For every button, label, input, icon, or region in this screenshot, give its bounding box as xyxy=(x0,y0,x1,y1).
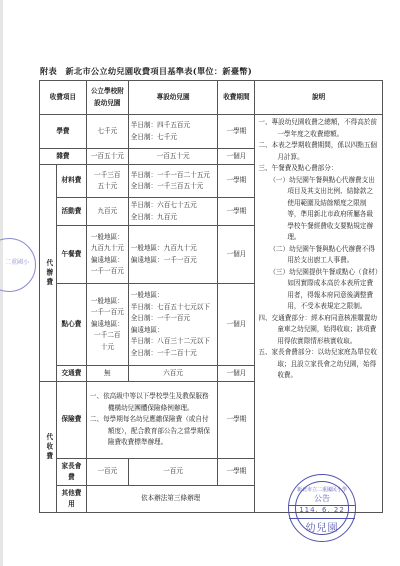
public-value: 一般地區： 一千一百元 偏遠地區： 一千二百 十元 xyxy=(86,284,128,366)
period-value: 一學期 xyxy=(218,198,255,226)
item-name: 其他費用 xyxy=(56,486,86,513)
dedicated-value: 半日制：一千一百二十五元 全日制：一千三百五十元 xyxy=(128,165,218,198)
other-text: 依本辦法第三條辦理 xyxy=(86,486,254,513)
stamp-announce: 公告 xyxy=(289,493,355,504)
dedicated-value: 一般地區：九百九十元 偏遠地區：一千一百元 xyxy=(128,226,218,284)
side-seal-stamp: 二重國小 xyxy=(0,238,36,292)
dedicated-value: 六百元 xyxy=(128,366,218,382)
stamp-date: 114. 6. 22 xyxy=(289,506,355,514)
period-value: 一個月 xyxy=(218,149,255,165)
group-collect-fee: 代收費 xyxy=(40,382,57,513)
item-name: 雜費 xyxy=(40,149,87,165)
item-name: 午餐費 xyxy=(56,226,86,284)
note-3-1: （一）幼兒園午餐與點心代辦費支出項目及其支出比例、結餘款之使用範圍及結餘額度之限… xyxy=(258,175,379,244)
period-value: 一個月 xyxy=(218,366,255,382)
table-row-tuition: 學費 七千元 半日制：四千五百元 全日制：七千元 一學期 一、專設幼兒園收費之總… xyxy=(40,115,383,149)
dedicated-value: 半日制：六百七十五元 全日制：九百元 xyxy=(128,198,218,226)
note-3-2: （二）幼兒園午餐與點心代辦費不得用於支出廚工人事費。 xyxy=(258,244,379,267)
group-agency-fee: 代辦費 xyxy=(40,165,57,382)
insurance-text: 一、依高級中等以下學校學生及教保服務機構幼兒團體保險條例辦理。 二、每學期每名幼… xyxy=(86,382,218,459)
period-value: 一個月 xyxy=(218,284,255,366)
public-value: 七千元 xyxy=(86,115,128,149)
note-4: 四、交通費部分：經本府同意核准購置幼童車之幼兒園，始得收取；該項費用得依實際情形… xyxy=(258,313,379,348)
period-value: 一個月 xyxy=(218,226,255,284)
item-name: 保險費 xyxy=(56,382,86,459)
header-period: 收費期間 xyxy=(218,81,255,115)
item-name: 學費 xyxy=(40,115,87,149)
dedicated-value: 一百五十元 xyxy=(128,149,218,165)
stamp-issuer: 新北市立二重國民小學 xyxy=(289,486,355,493)
note-3: 三、午餐費及點心費部分： xyxy=(258,163,379,175)
header-dedicated: 專設幼兒園 xyxy=(128,81,218,115)
public-value: 一千三百 五十元 xyxy=(86,165,128,198)
notes-cell: 一、專設幼兒園收費之總額，不得高於前一學年度之收費總額。 二、本表之學期收費期間… xyxy=(255,115,383,513)
note-2: 二、本表之學期收費期間，係以四點五個月計算。 xyxy=(258,140,379,163)
public-value: 一百五十元 xyxy=(86,149,128,165)
item-name: 點心費 xyxy=(56,284,86,366)
note-5: 五、家長會費部分：以幼兒家庭為單位收取；且設立家長會之幼兒園，始得收費。 xyxy=(258,347,379,382)
dedicated-value: 一百元 xyxy=(128,459,218,486)
period-value: 一學期 xyxy=(218,165,255,198)
item-name: 家長會費 xyxy=(56,459,86,486)
table-header-row: 收費項目 公立學校附設幼兒園 專設幼兒園 收費期間 說明 xyxy=(40,81,383,115)
item-name: 活動費 xyxy=(56,198,86,226)
dedicated-value: 一般地區： 半日制：七百五十七元以下 全日制：一千一百元 偏遠地區： 半日制：八… xyxy=(128,284,218,366)
period-value: 一學期 xyxy=(218,459,255,486)
item-name: 交通費 xyxy=(56,366,86,382)
item-name: 材料費 xyxy=(56,165,86,198)
header-public-school: 公立學校附設幼兒園 xyxy=(86,81,128,115)
dedicated-value: 半日制：四千五百元 全日制：七千元 xyxy=(128,115,218,149)
public-value: 無 xyxy=(86,366,128,382)
header-item: 收費項目 xyxy=(40,81,87,115)
period-value: 一學期 xyxy=(218,382,255,459)
public-value: 九百元 xyxy=(86,198,128,226)
note-3-3: （三）幼兒園提供午餐或點心（食材）如因實際成本高於本表所定費用者，得報本府同意後… xyxy=(258,267,379,313)
public-value: 一百元 xyxy=(86,459,128,486)
header-notes: 說明 xyxy=(255,81,383,115)
stamp-name: 幼兒園 xyxy=(289,519,355,534)
fee-standard-table: 收費項目 公立學校附設幼兒園 專設幼兒園 收費期間 說明 學費 七千元 半日制：… xyxy=(39,80,383,513)
public-value: 一般地區： 九百九十元 偏遠地區： 一千一百元 xyxy=(86,226,128,284)
announcement-stamp: 新北市立二重國民小學 公告 114. 6. 22 幼兒園 xyxy=(288,474,356,542)
note-1: 一、專設幼兒園收費之總額，不得高於前一學年度之收費總額。 xyxy=(258,117,379,140)
period-value: 一學期 xyxy=(218,115,255,149)
document-caption: 附表 新北市公立幼兒園收費項目基準表(單位：新臺幣) xyxy=(40,66,252,77)
